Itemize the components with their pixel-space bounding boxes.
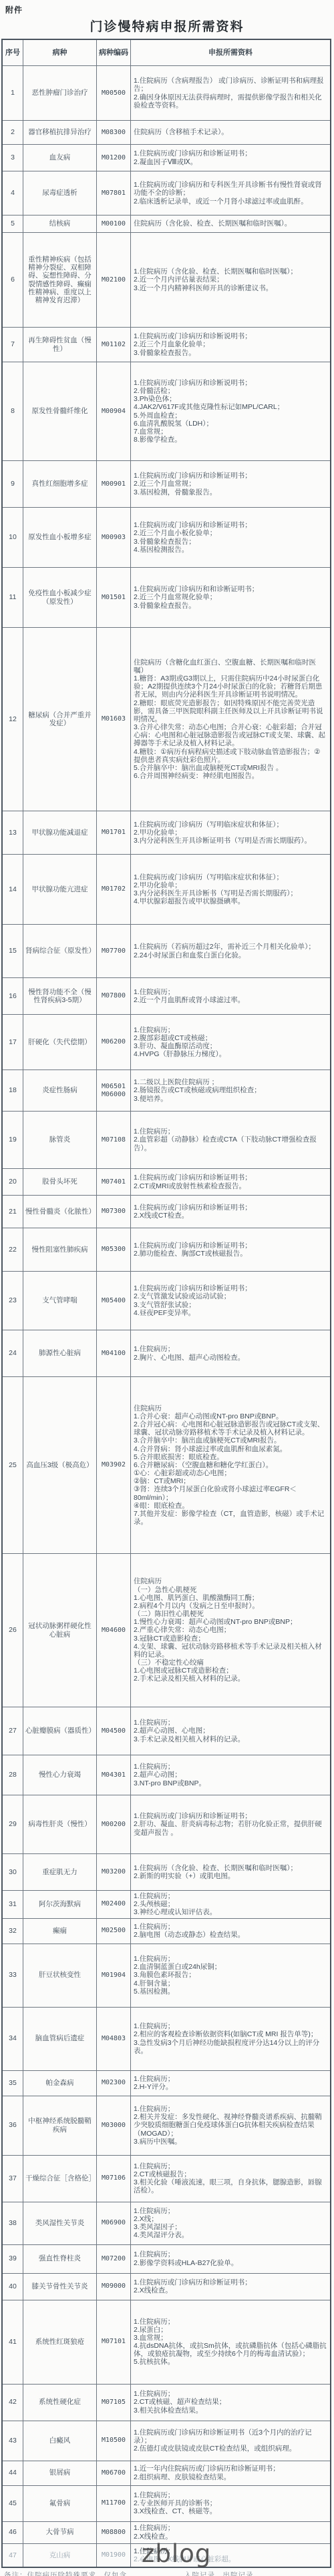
cell-no: 5	[2, 216, 23, 233]
cell-materials: 1.住院病历（含化验、检查、长期医嘱和临时医嘱）； 2.新斯的明实验（+）或肌电…	[131, 1854, 331, 1891]
cell-disease: 病毒性肝炎（慢性）	[23, 1795, 97, 1854]
cell-materials: 1.住院病历或门诊病历和专科医生开具诊断书有慢性肾衰或肾功能不全的诊断； 2.临…	[131, 171, 331, 216]
cell-no: 4	[2, 171, 23, 216]
table-row: 31阿尔茨海默病M024001.住院病历； 2.头颅核磁； 3.神经心理或认知评…	[2, 1891, 331, 1919]
cell-code: M02300	[97, 2070, 131, 2096]
cell-no: 8	[2, 362, 23, 461]
cell-disease: 系统性硬化症	[23, 2384, 97, 2421]
cell-no: 26	[2, 1554, 23, 1707]
cell-materials: 1.住院病历或门诊病历和和诊断证明书； 2.近三个月血常规化验单； 3.骨髓象检…	[131, 568, 331, 628]
cell-code: M00903	[97, 508, 131, 568]
cell-no: 10	[2, 508, 23, 568]
header-code: 病种编码	[97, 39, 131, 66]
table-row: 29病毒性肝炎（慢性）M002001.住院病历或门诊病历和诊断证明书； 2.肝功…	[2, 1795, 331, 1854]
table-row: 9真性红细胞增多症M009011.住院病历或门诊病历和诊断证明书； 2.近三个月…	[2, 461, 331, 508]
cell-code: M11700	[97, 2485, 131, 2521]
cell-code: M00901	[97, 461, 131, 508]
cell-disease: 脉管炎	[23, 1112, 97, 1169]
cell-materials: 1.住院病历； 2.近一个月血肌酐或肾小球滤过率。	[131, 978, 331, 1015]
cell-code: M03902	[97, 1377, 131, 1554]
cell-disease: 心脏瓣膜病（器质性）	[23, 1707, 97, 1755]
cell-no: 30	[2, 1854, 23, 1891]
cell-no: 43	[2, 2421, 23, 2461]
cell-code: M01603	[97, 628, 131, 811]
cell-disease: 血友病	[23, 145, 97, 171]
cell-no: 16	[2, 978, 23, 1015]
cell-no: 27	[2, 1707, 23, 1755]
cell-no: 19	[2, 1112, 23, 1169]
cell-code: M02400	[97, 1891, 131, 1919]
cell-code: M04600	[97, 1554, 131, 1707]
table-row: 28慢性心力衰竭M043011.住院病历； 2.超声心动图； 3.NT-pro …	[2, 1755, 331, 1795]
cell-no: 15	[2, 925, 23, 978]
cell-materials: 1.住院病历； 2.胸片、心电图、超声心动图检查。	[131, 1330, 331, 1377]
table-row: 33肝豆状核变性M019041.住院病历； 2.血清铜蓝蛋白或24h尿铜； 3.…	[2, 1944, 331, 2007]
cell-no: 47	[2, 2543, 23, 2567]
cell-disease: 阿尔茨海默病	[23, 1891, 97, 1919]
cell-code: M07801	[97, 171, 131, 216]
table-row: 6重性精神疾病（包括精神分裂症、双相障碍、妄想性障碍、分裂情感性障碍、癫痫性精神…	[2, 233, 331, 328]
cell-materials: 1.住院病历或门诊病历和诊断证明书； 2.支气管激发试验或运动试验； 3.支气管…	[131, 1272, 331, 1330]
cell-disease: 免疫性血小板减少症（原发性）	[23, 568, 97, 628]
cell-disease: 帕金森病	[23, 2070, 97, 2096]
table-row: 41系统性红斑狼疮M071011.住院病历； 2.尿蛋白； 3.血常规； 4.抗…	[2, 2300, 331, 2384]
cell-materials: 1.住院病历（含病理报告） 或门诊病历、诊断证明书和病理报告； 2.确因身体原因…	[131, 66, 331, 121]
header-materials: 申报所需资料	[131, 39, 331, 66]
cell-materials: 1.住院病历； 2.CT或核磁、超声检查结果； 3.相关抗体检查结果。	[131, 2384, 331, 2421]
cell-materials: 1.住院病历或门诊病历和诊断证明书； 2.CT或MRI或放射性核素检查报告。	[131, 1169, 331, 1196]
cell-disease: 类风湿性关节炎	[23, 2202, 97, 2244]
cell-code: M00200	[97, 1795, 131, 1854]
cell-no: 28	[2, 1755, 23, 1795]
cell-materials: 1.住院病历或门诊病历和诊断证明书； 2.X线检查。	[131, 2273, 331, 2300]
table-row: 15肾病综合征（原发性）M077001.住院病历（若病历超过2年，需补近三个月相…	[2, 925, 331, 978]
cell-disease: 银屑病	[23, 2461, 97, 2485]
cell-no: 21	[2, 1196, 23, 1228]
cell-materials: 1.住院病历； 2.头颅核磁； 3.神经心理或认知评估表。	[131, 1891, 331, 1919]
cell-disease: 干燥综合征［含格伦］	[23, 2155, 97, 2202]
cell-code: M02500	[97, 1918, 131, 1944]
cell-materials: 1.住院病历或门诊病历和诊断证明书； 2.肝功、凝血、肝炎病毒标志物；若肝功化验…	[131, 1795, 331, 1854]
cell-disease: 白癜风	[23, 2421, 97, 2461]
watermark: zblog	[142, 2539, 211, 2568]
cell-materials: 1.住院病历； 2.血管彩超（动静脉）检查或CTA（下肢动脉CT增强检查报告）。	[131, 1112, 331, 1169]
cell-no: 39	[2, 2244, 23, 2273]
table-row: 36中枢神经系统脱髓鞘疾病M030001.住院病历； 2.相关并发症：多发性硬化…	[2, 2096, 331, 2155]
cell-code: M07101	[97, 2300, 131, 2384]
table-row: 22慢性阻塞性肺疾病M053001.住院病历或门诊病历和诊断证明书； 2.肺功能…	[2, 1228, 331, 1272]
cell-materials: 1.住院病历或门诊病历和诊断说明书； 2.骨髓活检； 3.Ph染色体； 4.JA…	[131, 362, 331, 461]
cell-materials: 1.住院病历或门诊病历和诊断证明书； 2.近三个月血小板化验单； 3.骨髓象检查…	[131, 508, 331, 568]
cell-disease: 膝关节骨性关节炎	[23, 2273, 97, 2300]
table-row: 19脉管炎M071081.住院病历； 2.血管彩超（动静脉）检查或CTA（下肢动…	[2, 1112, 331, 1169]
table-row: 3血友病M012001.住院病历或门诊病历和诊断证明书； 2.凝血因子Ⅷ或Ⅸ。	[2, 145, 331, 171]
cell-materials: 1.住院病历； 2.相应的客观检查诊断依据资料(如脑CT或 MRI 报告单等)；…	[131, 2007, 331, 2070]
cell-no: 25	[2, 1377, 23, 1554]
cell-materials: 1.住院病历； 2.CT或核磁报告； 3.相关化验（唾液流速，眼三项，自身抗体，…	[131, 2155, 331, 2202]
footer-note-prefix: 备注：住院病历除特殊要求，仅包含	[4, 2571, 127, 2576]
cell-disease: 肝硬化（失代偿期）	[23, 1015, 97, 1070]
table-row: 8原发性骨髓纤维化M009041.住院病历或门诊病历和诊断说明书； 2.骨髓活检…	[2, 362, 331, 461]
table-row: 7再生障碍性贫血（慢性）M011021.住院病历或门诊病历和诊断说明书； 2.近…	[2, 328, 331, 362]
table-row: 35帕金森病M023001.住院病历； 2.H-Y评分。	[2, 2070, 331, 2096]
cell-no: 12	[2, 628, 23, 811]
table-row: 44银屑病M067001.近一年内住院病历或门诊病历和诊断证明书； 2.组织病理…	[2, 2461, 331, 2485]
cell-code: M07108	[97, 1112, 131, 1169]
cell-code: M07401	[97, 1169, 131, 1196]
cell-code: M01501	[97, 568, 131, 628]
cell-materials: 1.住院病历或门诊病历和诊断证明书； 2.X线或CT检查。	[131, 1196, 331, 1228]
attachment-label: 附件	[0, 0, 334, 15]
cell-disease: 克山病	[23, 2543, 97, 2567]
page-title: 门诊慢特病申报所需资料	[0, 17, 334, 35]
cell-materials: 1.住院病历； 2.X线； 3.类风湿因子； 4.类风湿评分表。	[131, 2202, 331, 2244]
cell-materials: 住院病历（含移植手术记录）。	[131, 121, 331, 145]
cell-code: M01702	[97, 855, 131, 925]
cell-code: M09000	[97, 2273, 131, 2300]
table-row: 40膝关节骨性关节炎M090001.住院病历或门诊病历和诊断证明书； 2.X线检…	[2, 2273, 331, 2300]
cell-no: 34	[2, 2007, 23, 2070]
cell-no: 41	[2, 2300, 23, 2384]
cell-code: M08800	[97, 2521, 131, 2543]
cell-code: M07700	[97, 925, 131, 978]
table-row: 27心脏瓣膜病（器质性）M045001.住院病历； 2.超声心动图、心电图； 3…	[2, 1707, 331, 1755]
cell-disease: 原发性骨髓纤维化	[23, 362, 97, 461]
cell-disease: 糖尿病（合并严重并发症）	[23, 628, 97, 811]
cell-no: 45	[2, 2485, 23, 2521]
cell-no: 42	[2, 2384, 23, 2421]
cell-no: 18	[2, 1070, 23, 1112]
table-row: 5结核病M00100住院病历（含化验、检查、长期医嘱和临时医嘱）。	[2, 216, 331, 233]
cell-materials: 1.住院病历或门诊病历（写明临床症状和体征）； 2.甲功化验单； 3.内分泌科医…	[131, 811, 331, 855]
header-no: 序号	[2, 39, 23, 66]
cell-code: M06501 M06000	[97, 1070, 131, 1112]
footer-note: 备注：住院病历除特殊要求，仅包含入院记录，出院记录。	[4, 2570, 334, 2576]
table-row: 21慢性骨髓炎（化脓性）M073001.住院病历或门诊病历和诊断证明书； 2.X…	[2, 1196, 331, 1228]
table-row: 20股骨头坏死M074011.住院病历或门诊病历和诊断证明书； 2.CT或MRI…	[2, 1169, 331, 1196]
cell-disease: 慢性肾功能不全（慢性肾疾病3-5期）	[23, 978, 97, 1015]
cell-code: M07300	[97, 1196, 131, 1228]
cell-code: M07800	[97, 978, 131, 1015]
table-row: 42系统性硬化症M071051.住院病历； 2.CT或核磁、超声检查结果； 3.…	[2, 2384, 331, 2421]
cell-code: M01701	[97, 811, 131, 855]
cell-no: 17	[2, 1015, 23, 1070]
table-header-row: 序号 病种 病种编码 申报所需资料	[2, 39, 331, 66]
table-row: 16慢性肾功能不全（慢性肾疾病3-5期）M078001.住院病历； 2.近一个月…	[2, 978, 331, 1015]
table-row: 45氟骨病M117001.住院病历； 2.专业医师开具的诊断书； 3.X线检查、…	[2, 2485, 331, 2521]
cell-materials: 1.住院病历或门诊病历和诊断证明书； 2.近三个月血常规； 3.基因检测，骨髓象…	[131, 461, 331, 508]
cell-disease: 再生障碍性贫血（慢性）	[23, 328, 97, 362]
cell-code: M06700	[97, 2461, 131, 2485]
cell-code: M01900	[97, 2543, 131, 2567]
cell-no: 36	[2, 2096, 23, 2155]
table-row: 13甲状腺功能减退症M017011.住院病历或门诊病历（写明临床症状和体征）； …	[2, 811, 331, 855]
cell-disease: 炎症性肠病	[23, 1070, 97, 1112]
cell-disease: 慢性阻塞性肺疾病	[23, 1228, 97, 1272]
table-row: 11免疫性血小板减少症（原发性）M015011.住院病历或门诊病历和和诊断证明书…	[2, 568, 331, 628]
cell-disease: 肺源性心脏病	[23, 1330, 97, 1377]
table-row: 24肺源性心脏病M041001.住院病历； 2.胸片、心电图、超声心动图检查。	[2, 1330, 331, 1377]
cell-code: M05400	[97, 1272, 131, 1330]
table-row: 4尿毒症透析M078011.住院病历或门诊病历和专科医生开具诊断书有慢性肾衰或肾…	[2, 171, 331, 216]
cell-code: M04100	[97, 1330, 131, 1377]
cell-materials: 1.住院病历或门诊病历（写明临床症状和体征）； 2.甲功化验单； 3.内分泌科医…	[131, 855, 331, 925]
table-row: 39强直性脊柱炎M072001.住院病历； 2.影像学资料或HLA-B27化验单…	[2, 2244, 331, 2273]
table-row: 38类风湿性关节炎M069001.住院病历； 2.X线； 3.类风湿因子； 4.…	[2, 2202, 331, 2244]
cell-code: M04803	[97, 2007, 131, 2070]
cell-materials: 住院病历 1.合并心衰：超声心动图或NT-pro BNP或BNP。 2.合并冠心…	[131, 1377, 331, 1554]
cell-materials: 1.近一年内住院病历或门诊病历和诊断证明书； 2.组织病理、皮肤镜检查结果。	[131, 2461, 331, 2485]
cell-code: M07200	[97, 2244, 131, 2273]
cell-materials: 住院病历 （一）急性心肌梗死 1.心电图、肌钙蛋白、肌酸激酶同工酶； 2.病程4…	[131, 1554, 331, 1707]
table-row: 12糖尿病（合并严重并发症）M01603住院病历（含糖化血红蛋白、空腹血糖、长期…	[2, 628, 331, 811]
cell-no: 32	[2, 1918, 23, 1944]
cell-materials: 1.住院病历； 2.血清铜蓝蛋白或24h尿铜； 3.角膜色素环报告； 4.肝铜含…	[131, 1944, 331, 2007]
table-row: 34脑血管病后遗症M048031.住院病历； 2.相应的客观检查诊断依据资料(如…	[2, 2007, 331, 2070]
cell-code: M07105	[97, 2384, 131, 2421]
cell-code: M01904	[97, 1944, 131, 2007]
cell-no: 46	[2, 2521, 23, 2543]
cell-code: M05300	[97, 1228, 131, 1272]
cell-materials: 1.住院病历； 2.超声心动图、心电图； 3.手术记录及相关植入材料的记录。	[131, 1707, 331, 1755]
cell-disease: 冠状动脉粥样硬化性心脏病	[23, 1554, 97, 1707]
cell-no: 2	[2, 121, 23, 145]
cell-no: 33	[2, 1944, 23, 2007]
cell-code: M06200	[97, 1015, 131, 1070]
cell-materials: 1.住院病历或门诊病历和诊断说明书； 2.近三个月血象化验单； 3.骨髓象检查报…	[131, 328, 331, 362]
cell-disease: 慢性骨髓炎（化脓性）	[23, 1196, 97, 1228]
cell-disease: 氟骨病	[23, 2485, 97, 2521]
cell-disease: 结核病	[23, 216, 97, 233]
cell-code: M00500	[97, 66, 131, 121]
cell-code: M00904	[97, 362, 131, 461]
cell-materials: 1.住院病历； 2.腹部彩超或CT或核磁； 3.肝功、凝血酶原活动度； 4.HV…	[131, 1015, 331, 1070]
cell-no: 3	[2, 145, 23, 171]
cell-disease: 高血压3级（极高危）	[23, 1377, 97, 1554]
table-row: 1恶性肿瘤门诊治疗M005001.住院病历（含病理报告） 或门诊病历、诊断证明书…	[2, 66, 331, 121]
cell-disease: 慢性心力衰竭	[23, 1755, 97, 1795]
cell-disease: 器官移植抗排异治疗	[23, 121, 97, 145]
table-row: 43白癜风M105001.住院病历或门诊病历和诊断证明书（近3个月内的治疗记录）…	[2, 2421, 331, 2461]
cell-materials: 1.住院病历； 2.超声心动图； 3.NT-pro BNP或BNP。	[131, 1755, 331, 1795]
table-row: 17肝硬化（失代偿期）M062001.住院病历； 2.腹部彩超或CT或核磁； 3…	[2, 1015, 331, 1070]
cell-disease: 支气管哮喘	[23, 1272, 97, 1330]
cell-no: 37	[2, 2155, 23, 2202]
cell-materials: 1.二级以上医院住院病历 ； 2.肠镜报告或CT或核磁或病理组织检查； 3.便培…	[131, 1070, 331, 1112]
cell-code: M06900	[97, 2202, 131, 2244]
table-row: 2器官移植抗排异治疗M08300住院病历（含移植手术记录）。	[2, 121, 331, 145]
cell-materials: 1.住院病历； 2.专业医师开具的诊断书； 3.X线检查、CT、核磁等。	[131, 2485, 331, 2521]
cell-materials: 1.住院病历或门诊病历和诊断证明书； 2.肺功能检查、胸部CT或核磁报告。	[131, 1228, 331, 1272]
cell-no: 23	[2, 1272, 23, 1330]
cell-no: 29	[2, 1795, 23, 1854]
cell-disease: 原发性血小板增多症	[23, 508, 97, 568]
cell-no: 40	[2, 2273, 23, 2300]
cell-code: M04500	[97, 1707, 131, 1755]
table-row: 23支气管哮喘M054001.住院病历或门诊病历和诊断证明书； 2.支气管激发试…	[2, 1272, 331, 1330]
cell-code: M01200	[97, 145, 131, 171]
cell-code: M00100	[97, 216, 131, 233]
cell-no: 38	[2, 2202, 23, 2244]
cell-no: 20	[2, 1169, 23, 1196]
cell-disease: 尿毒症透析	[23, 171, 97, 216]
table-row: 26冠状动脉粥样硬化性心脏病M04600住院病历 （一）急性心肌梗死 1.心电图…	[2, 1554, 331, 1707]
cell-materials: 1.住院病历； 2.相关并发症：多发性硬化、视神经脊髓炎谱系疾病、抗髓鞘少突胶质…	[131, 2096, 331, 2155]
cell-no: 9	[2, 461, 23, 508]
cell-materials: 1.住院病历； 2.影像学资料或HLA-B27化验单。	[131, 2244, 331, 2273]
cell-disease: 中枢神经系统脱髓鞘疾病	[23, 2096, 97, 2155]
cell-no: 24	[2, 1330, 23, 1377]
cell-materials: 1.住院病历（含化验、检查、长期医嘱和临时医嘱）； 2.近一个月内评估量表结果；…	[131, 233, 331, 328]
disease-table: 序号 病种 病种编码 申报所需资料 1恶性肿瘤门诊治疗M005001.住院病历（…	[1, 39, 331, 2568]
header-disease: 病种	[23, 39, 97, 66]
cell-code: M03000	[97, 2096, 131, 2155]
cell-disease: 甲状腺功能减退症	[23, 811, 97, 855]
cell-materials: 住院病历（含化验、检查、长期医嘱和临时医嘱）。	[131, 216, 331, 233]
cell-disease: 甲状腺功能亢进症	[23, 855, 97, 925]
cell-disease: 肾病综合征（原发性）	[23, 925, 97, 978]
cell-disease: 恶性肿瘤门诊治疗	[23, 66, 97, 121]
cell-materials: 1.住院病历（若病历超过2年，需补近三个月相关化验单）； 2.24小时尿蛋白和血…	[131, 925, 331, 978]
cell-no: 31	[2, 1891, 23, 1919]
cell-materials: 住院病历（含糖化血红蛋白、空腹血糖、长期医嘱和临时医嘱） 1.糖肾：A3期或G3…	[131, 628, 331, 811]
cell-disease: 真性红细胞增多症	[23, 461, 97, 508]
table-row: 37干燥综合征［含格伦］M071061.住院病历； 2.CT或核磁报告； 3.相…	[2, 2155, 331, 2202]
cell-no: 35	[2, 2070, 23, 2096]
cell-no: 14	[2, 855, 23, 925]
cell-code: M10500	[97, 2421, 131, 2461]
cell-disease: 大骨节病	[23, 2521, 97, 2543]
cell-disease: 强直性脊柱炎	[23, 2244, 97, 2273]
cell-disease: 重症肌无力	[23, 1854, 97, 1891]
table-row: 18炎症性肠病M06501 M060001.二级以上医院住院病历 ； 2.肠镜报…	[2, 1070, 331, 1112]
table-row: 14甲状腺功能亢进症M017021.住院病历或门诊病历（写明临床症状和体征）； …	[2, 855, 331, 925]
cell-disease: 系统性红斑狼疮	[23, 2300, 97, 2384]
cell-materials: 1.住院病历； 2.脑电图（动态或静态）检查结果。	[131, 1918, 331, 1944]
table-row: 32癫痫M025001.住院病历； 2.脑电图（动态或静态）检查结果。	[2, 1918, 331, 1944]
cell-disease: 脑血管病后遗症	[23, 2007, 97, 2070]
cell-no: 6	[2, 233, 23, 328]
cell-no: 22	[2, 1228, 23, 1272]
cell-code: M04301	[97, 1755, 131, 1795]
cell-materials: 1.住院病历； 2.尿蛋白； 3.血常规； 4.抗dsDNA抗体，或抗Sm抗体，…	[131, 2300, 331, 2384]
cell-no: 11	[2, 568, 23, 628]
cell-code: M03200	[97, 1854, 131, 1891]
cell-disease: 股骨头坏死	[23, 1169, 97, 1196]
cell-no: 44	[2, 2461, 23, 2485]
cell-materials: 1.住院病历； 2.H-Y评分。	[131, 2070, 331, 2096]
cell-disease: 重性精神疾病（包括精神分裂症、双相障碍、妄想性障碍、分裂情感性障碍、癫痫性精神病…	[23, 233, 97, 328]
cell-disease: 癫痫	[23, 1918, 97, 1944]
table-row: 25高血压3级（极高危）M03902住院病历 1.合并心衰：超声心动图或NT-p…	[2, 1377, 331, 1554]
cell-no: 7	[2, 328, 23, 362]
cell-code: M07106	[97, 2155, 131, 2202]
cell-materials: 1.住院病历或门诊病历和诊断证明书（近3个月内的治疗记录）； 2.伍德灯或皮肤镜…	[131, 2421, 331, 2461]
table-row: 30重症肌无力M032001.住院病历（含化验、检查、长期医嘱和临时医嘱）； 2…	[2, 1854, 331, 1891]
cell-code: M01102	[97, 328, 131, 362]
table-row: 10原发性血小板增多症M009031.住院病历或门诊病历和诊断证明书； 2.近三…	[2, 508, 331, 568]
footer-note-suffix: 入院记录，出院记录。	[184, 2571, 261, 2576]
cell-materials: 1.住院病历或门诊病历和诊断证明书； 2.凝血因子Ⅷ或Ⅸ。	[131, 145, 331, 171]
cell-code: M02100	[97, 233, 131, 328]
cell-no: 1	[2, 66, 23, 121]
cell-no: 13	[2, 811, 23, 855]
cell-disease: 肝豆状核变性	[23, 1944, 97, 2007]
cell-code: M08300	[97, 121, 131, 145]
